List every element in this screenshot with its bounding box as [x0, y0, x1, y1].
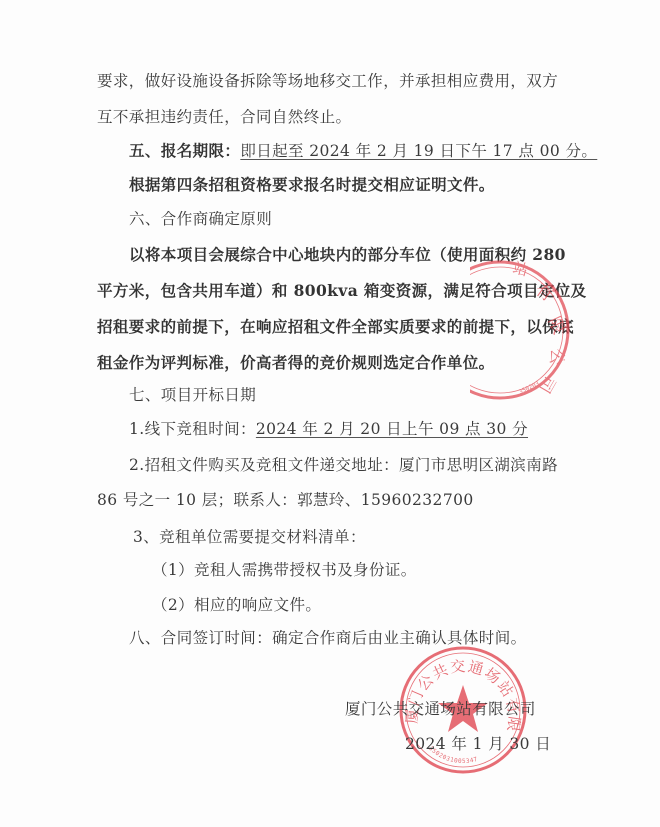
section7-item1: 1.线下竞租时间：2024 年 2 月 20 日上午 09 点 30 分 — [129, 419, 528, 439]
section5-title: 报名期限： — [161, 141, 241, 160]
section7-item1-label: 1.线下竞租时间： — [129, 420, 256, 438]
section7-item1-value: 2024 年 2 月 20 日上午 09 点 30 分 — [256, 420, 528, 438]
signature-date: 2024 年 1 月 30 日 — [405, 734, 551, 754]
section5-note: 根据第四条招租资格要求报名时提交相应证明文件。 — [129, 175, 495, 195]
section5-label: 五、 — [129, 141, 161, 160]
paragraph-continuation-line2: 互不承担违约责任，合同自然终止。 — [97, 107, 351, 127]
svg-text:350203: 350203 — [518, 380, 541, 396]
section6-line2: 平方米，包含共用车道）和 800kva 箱变资源，满足符合项目定位及 — [97, 281, 553, 301]
svg-text:厦门公共交通场站有限公司: 厦门公共交通场站有限公司 — [396, 643, 524, 734]
section5-value: 即日起至 2024 年 2 月 19 日下午 17 点 00 分。 — [240, 142, 597, 160]
section6-heading: 六、合作商确定原则 — [129, 209, 272, 229]
section7-heading: 七、项目开标日期 — [129, 385, 256, 405]
section7-item2-line2: 86 号之一 10 层；联系人：郭慧玲、15960232700 — [97, 490, 474, 510]
document-page: 要求，做好设施设备拆除等场地移交工作，并承担相应费用，双方 互不承担违约责任，合… — [0, 0, 660, 827]
section5-registration-period: 五、报名期限：即日起至 2024 年 2 月 19 日下午 17 点 00 分。 — [129, 141, 597, 161]
material-item-2: （2）相应的响应文件。 — [152, 595, 321, 615]
svg-text:公: 公 — [546, 348, 567, 367]
section7-item3: 3、竞租单位需要提交材料清单： — [133, 527, 366, 547]
section6-line1: 以将本项目会展综合中心地块内的部分车位（使用面积约 280 — [129, 245, 553, 265]
signature-company: 厦门公共交通场站有限公司 — [345, 699, 536, 719]
section7-item2-line1: 2.招租文件购买及竞租文件递交地址：厦门市思明区湖滨南路 — [129, 455, 553, 475]
section6-line3: 招租要求的前提下，在响应招租文件全部实质要求的前提下，以保底 — [97, 317, 553, 337]
section8-contract-signing: 八、合同签订时间：确定合作商后由业主确认具体时间。 — [129, 628, 527, 648]
material-item-1: （1）竞租人需携带授权书及身份证。 — [152, 560, 417, 580]
svg-text:司: 司 — [533, 372, 559, 397]
paragraph-continuation-line1: 要求，做好设施设备拆除等场地移交工作，并承担相应费用，双方 — [97, 71, 553, 91]
section6-line4: 租金作为评判标准，价高者得的竞价规则选定合作单位。 — [97, 353, 495, 373]
